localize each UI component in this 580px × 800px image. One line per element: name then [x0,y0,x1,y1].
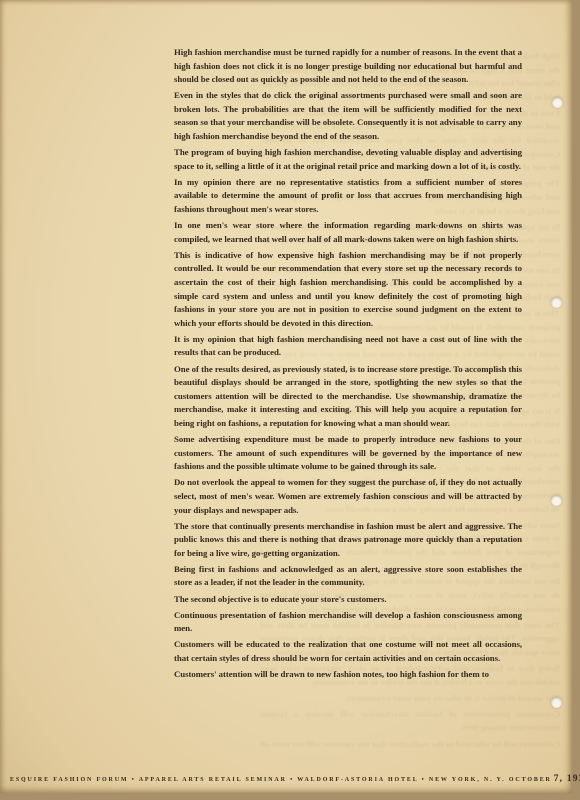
paragraph: The program of buying high fashion merch… [174,146,522,173]
punch-hole [551,297,562,308]
scanned-document-page: High fashion merchandise must be turned … [0,0,580,800]
ghost-paragraph: Continuous presentation of fashion merch… [260,708,560,735]
footer-seminar-line: ESQUIRE FASHION FORUM • APPAREL ARTS RET… [10,777,552,783]
paragraph: It is my opinion that high fashion merch… [174,333,522,360]
paragraph: In my opinion there are no representativ… [174,176,522,217]
paragraph: The second objective is to educate your … [174,593,522,607]
paragraph: One of the results desired, as previousl… [174,363,522,431]
paragraph: Even in the styles that do click the ori… [174,89,522,143]
paper-sheet: High fashion merchandise must be turned … [0,0,572,793]
paragraph: This is indicative of how expensive high… [174,249,522,331]
punch-hole [551,697,562,708]
paragraph: Continuous presentation of fashion merch… [174,609,522,636]
paragraph: High fashion merchandise must be turned … [174,46,522,87]
footer-date: 7, 1937 [554,774,580,784]
paragraph: Some advertising expenditure must be mad… [174,433,522,474]
paragraph: Customers' attention will be drawn to ne… [174,668,522,682]
ghost-paragraph: Customers will be educated to the realiz… [260,738,560,749]
punch-hole [551,495,562,506]
paragraph: Customers will be educated to the realiz… [174,638,522,665]
paragraph: Being first in fashions and acknowledged… [174,563,522,590]
footer-imprint: ESQUIRE FASHION FORUM • APPAREL ARTS RET… [10,774,560,784]
paragraph: Do not overlook the appeal to women for … [174,476,522,517]
paragraph: In one men's wear store where the inform… [174,219,522,246]
paragraph: The store that continually presents merc… [174,520,522,561]
page-body-text: High fashion merchandise must be turned … [174,46,522,684]
punch-hole [552,97,563,108]
ghost-paragraph: The second objective is to educate your … [260,692,560,706]
